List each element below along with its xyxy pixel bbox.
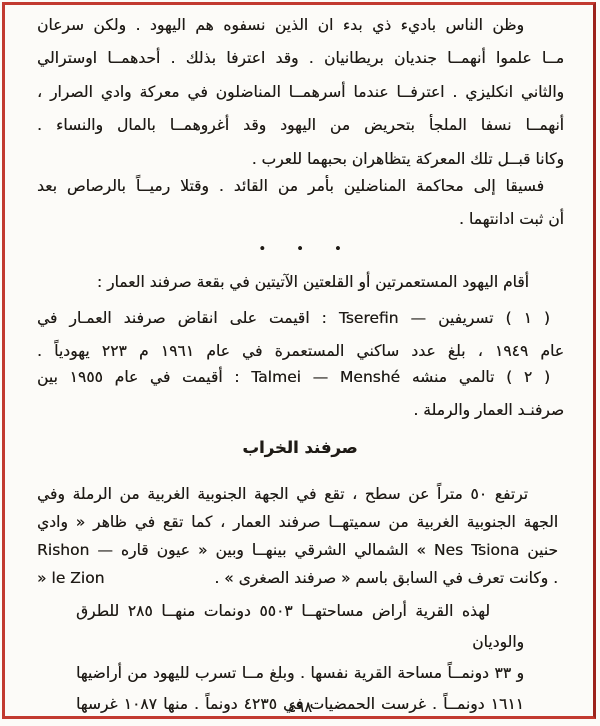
- page-number: ٤٩٨: [0, 698, 600, 716]
- section-heading-sarafand-al-kharab: صرفند الخراب: [0, 436, 600, 460]
- text-line: ( ٢ ) تالمي منشه Talmei — Menshé : أقيمت…: [37, 361, 564, 394]
- paragraph-trial-execution: فسيقا إلى محاكمة المناضلين بأمر من القائ…: [37, 170, 564, 236]
- scanned-book-page: وظن الناس باديء ذي بدء ان الذين نسفوه هم…: [0, 0, 600, 726]
- list-item-talmei-menshe: ( ٢ ) تالمي منشه Talmei — Menshé : أقيمت…: [37, 361, 564, 427]
- settlements-intro-line: أقام اليهود المستعمرتين أو القلعتين الآت…: [37, 268, 564, 296]
- text-line: ترتفع ٥٠ متراً عن سطح ، تقع في الجهة الج…: [37, 480, 558, 508]
- text-line: حنين Nes Tsiona » الشمالي الشرقي بينهــا…: [37, 536, 558, 564]
- text-line: فسيقا إلى محاكمة المناضلين بأمر من القائ…: [37, 170, 564, 203]
- text-line: لهذه القرية أراض مساحتهــا ٥٥٠٣ دونمات م…: [76, 596, 524, 658]
- text-line: أنهمــا نسفا الملجأ بتحريض من اليهود وقد…: [37, 109, 564, 142]
- text-line: و ٣٣ دونمــاً مساحة القرية نفسها . وبلغ …: [76, 658, 524, 689]
- latin-continuation-le-zion: » le Zion: [37, 564, 104, 592]
- text-line: الجهة الجنوبية الغربية من سميتهــا صرفند…: [37, 508, 558, 536]
- text-line: أن ثبت ادانتهما .: [37, 203, 564, 236]
- text-line: صرفنـد العمار والرملة .: [37, 394, 564, 427]
- list-item-tserefin: ( ١ ) تسريفين — Tserefin : اقيمت على انق…: [37, 302, 564, 368]
- text-line: مــا علموا أنهمــا جنديان بريطانيان . وق…: [37, 42, 564, 75]
- text-line: والثاني انكليزي . اعترفــا عندما أسرهمــ…: [37, 76, 564, 109]
- text-line: ( ١ ) تسريفين — Tserefin : اقيمت على انق…: [37, 302, 564, 335]
- text-line: وظن الناس باديء ذي بدء ان الذين نسفوه هم…: [37, 9, 564, 42]
- text-line-mixed: . وكانت تعرف في السابق باسم « صرفند الصغ…: [37, 564, 558, 592]
- paragraph-location-description: ترتفع ٥٠ متراً عن سطح ، تقع في الجهة الج…: [37, 480, 558, 592]
- section-separator-dots: • • •: [0, 240, 600, 260]
- arabic-sentence-fragment: . وكانت تعرف في السابق باسم « صرفند الصغ…: [214, 564, 558, 592]
- paragraph-explosion-suspects: وظن الناس باديء ذي بدء ان الذين نسفوه هم…: [37, 9, 564, 176]
